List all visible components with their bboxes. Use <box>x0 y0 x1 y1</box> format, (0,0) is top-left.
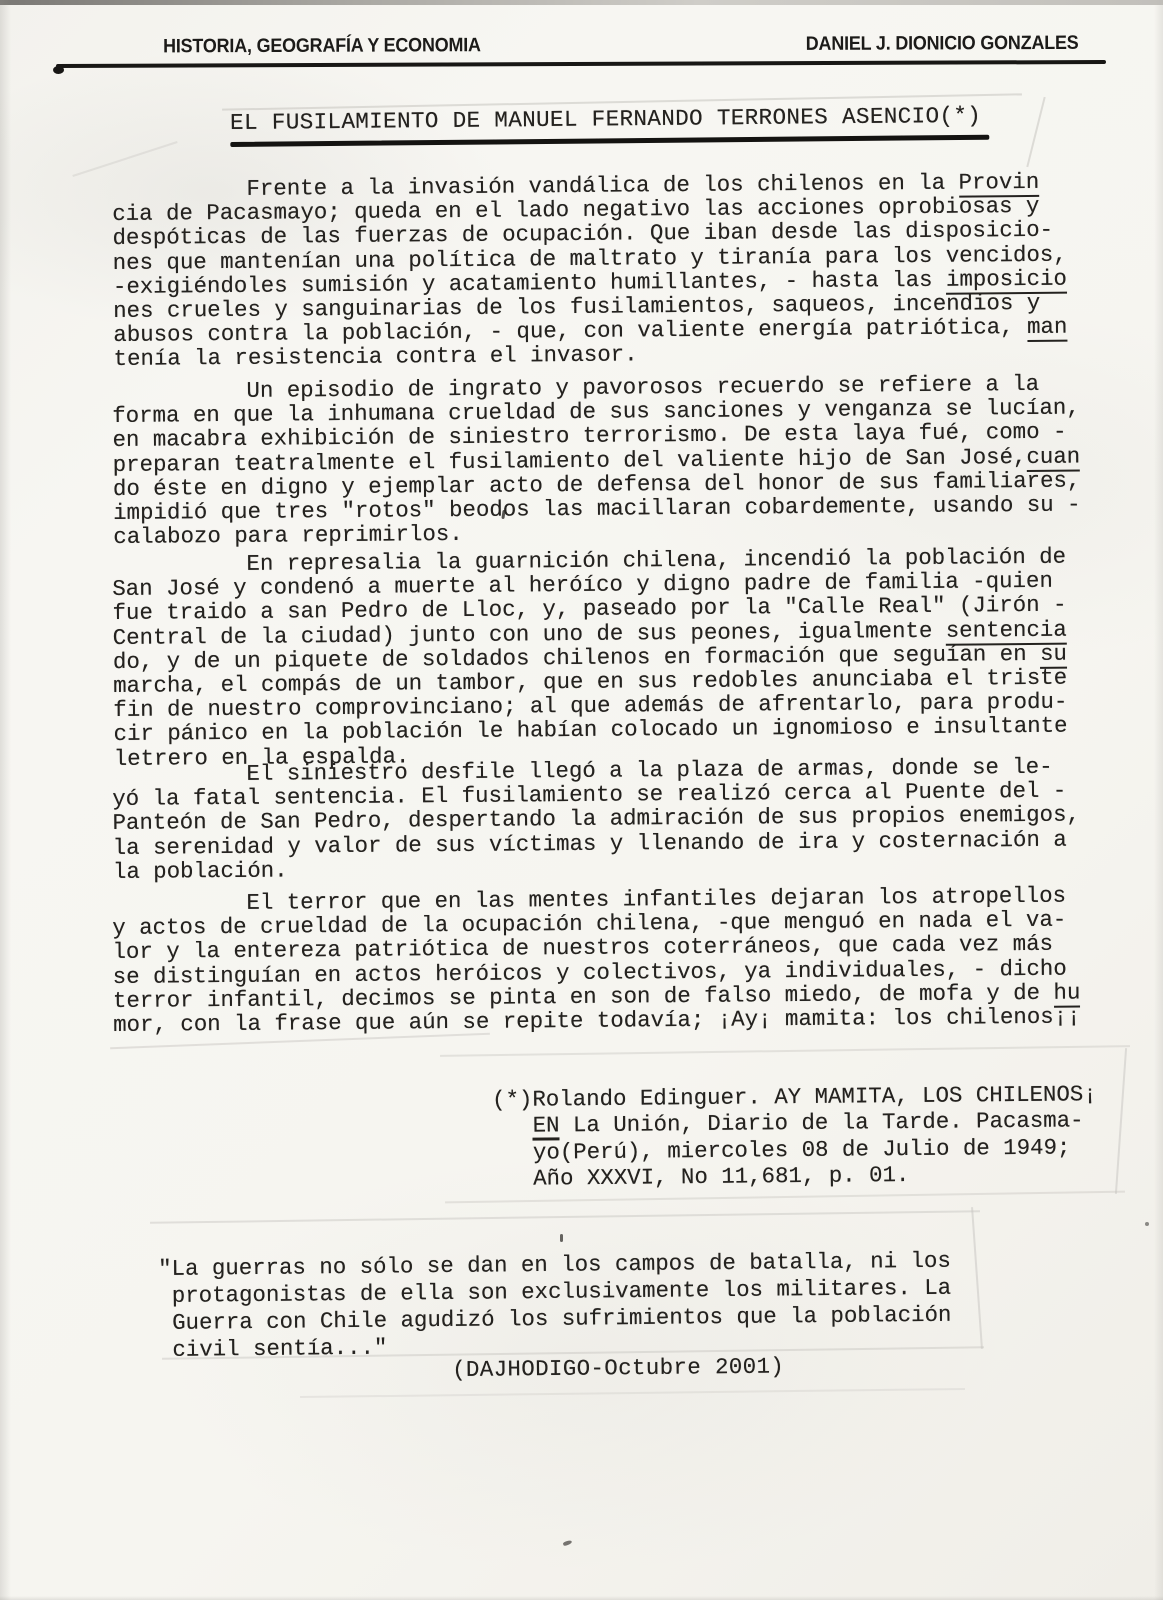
title-underline <box>230 135 989 147</box>
scan-edge-bottom <box>0 1596 1163 1600</box>
text-line: Año XXXVI, No 11,681, p. 01. <box>493 1160 1098 1192</box>
document-title-block: EL FUSILAMIENTO DE MANUEL FERNANDO TERRO… <box>230 103 981 147</box>
underlined-text: man <box>1027 314 1068 342</box>
scan-speck <box>563 1540 573 1547</box>
paragraph-1: Frente a la invasión vandálica de los ch… <box>112 170 1068 372</box>
scanned-document-page: HISTORIA, GEOGRAFÍA Y ECONOMIA DANIEL J.… <box>0 0 1163 1600</box>
pasted-slip-edge <box>150 1210 980 1224</box>
scan-edge-left <box>0 0 11 1600</box>
closing-quote: "La guerras no sólo se dan en los campos… <box>158 1248 952 1364</box>
footnote-citation: (*)Rolando Edinguer. AY MAMITA, LOS CHIL… <box>492 1081 1098 1192</box>
scan-edge-right <box>1154 0 1163 1600</box>
pasted-slip-edge <box>1115 1048 1127 1194</box>
pasted-slip-edge <box>440 1045 1130 1057</box>
pasted-slip-edge <box>1026 97 1045 167</box>
quote-attribution: (DAJHODIGO-Octubre 2001) <box>452 1355 784 1383</box>
letterhead: HISTORIA, GEOGRAFÍA Y ECONOMIA DANIEL J.… <box>0 32 1163 62</box>
scan-speck <box>1145 1222 1149 1226</box>
paragraph-4: El siniestro desfile llegó a la plaza de… <box>112 755 1080 884</box>
pasted-slip-edge <box>445 1191 1125 1204</box>
letterhead-subject: HISTORIA, GEOGRAFÍA Y ECONOMIA <box>163 34 481 58</box>
scan-edge-top <box>0 0 1163 5</box>
paragraph-5: El terror que en las mentes infantiles d… <box>112 884 1081 1038</box>
paragraph-3: En represalia la guarnición chilena, inc… <box>112 545 1068 771</box>
paragraph-2: Un episodio de ingrato y pavorosos recue… <box>112 372 1081 550</box>
paper-crease <box>72 141 177 177</box>
overlined-text: yo <box>533 1137 560 1165</box>
document-title: EL FUSILAMIENTO DE MANUEL FERNANDO TERRO… <box>230 103 981 136</box>
letterhead-author: DANIEL J. DIONICIO GONZALES <box>806 32 1079 56</box>
pasted-slip-edge <box>300 1388 965 1398</box>
pasted-slip-edge <box>971 1207 983 1349</box>
scan-speck <box>560 1234 563 1242</box>
